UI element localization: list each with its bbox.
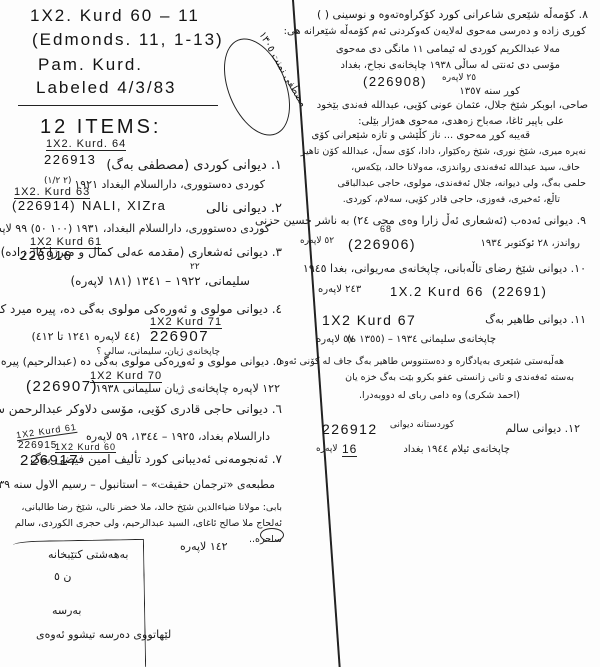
- entry11-pub: چاپخانەی سلیمانی ١٩٣٤ – (١٣٥٥ ه): [347, 334, 496, 345]
- entry8-body-8: نەیرە میری، شێخ نوری، شێخ رەکێوار، دادا،…: [301, 146, 586, 157]
- entry8-body-7: قەیبە کوڕ مەحوی ... ناز کڵێشی و تازە شێع…: [312, 130, 531, 141]
- entry8-body-4: کوڕ سنە ١٣٥٧: [459, 86, 520, 97]
- entry10-title: ١٠. دیوانی شێخ رضای تاڵەبانی، چاپخانەی م…: [303, 262, 586, 275]
- entry11-title: ١١. دیوانی طاهیر بەگ: [485, 313, 586, 326]
- entry7-pages: ١٤٢ لاپەرە: [180, 540, 228, 553]
- entry11-pages: ٥٧ لاپەرە: [316, 334, 354, 345]
- entry1-title: ١. دیوانی کوردی (مصطفی بەگ): [106, 158, 282, 173]
- entry4-title: ٤. دیوانی مولوی و ئەورەکی مولوی بەگی دە،…: [0, 302, 282, 316]
- entry3-pub: سلیمانی، ١٩٢٢ – ١٣٤١ (١٨١ لاپەرە): [70, 274, 250, 288]
- entry12-pub: چاپخانەی ئیلام ١٩٤٤ بغداد: [403, 444, 510, 455]
- entry9-title: ٩. دیوانی ئەدەب (ئەشعاری ئەڵ زارا وەی مج…: [255, 214, 586, 227]
- entry8-title: ٨. کۆمەڵە شێعری شاعرانی کورد کۆکراوەتەوە…: [317, 8, 588, 21]
- entry8-body-6: علی باپیر ئاغا، صەباح زەهدی، مەحوی هەژار…: [358, 116, 564, 127]
- entry5-pub: ١٢٢ لاپەرە چاپخانەی ژیان سلیمانی ١٩٣٨: [96, 382, 280, 395]
- box-note-line3: بەرسە: [52, 604, 81, 617]
- entry8-body-11: تاڵع، ئەخیری، فەوزی، حاجی قادر کۆیی، سەل…: [343, 194, 560, 205]
- entry1-shelfmark: 1X2. Kurd. 64: [46, 138, 126, 151]
- entry2-shelfmark-note: (٢ ١/٢): [44, 176, 71, 186]
- entry6-title: ٦. دیوانی حاجی قادری کۆیی، مۆسی دلاوکر ع…: [0, 402, 282, 416]
- header-edmonds-ref: (Edmonds. 11, 1-13): [32, 30, 224, 50]
- entry12-pages-number: 16: [342, 442, 357, 457]
- entry7-pub: مطبعەی «ترجمان حقیقت» – استانبول – رسیم …: [0, 478, 275, 491]
- entry10-pages: ٢٤٣ لاپەرە: [318, 284, 361, 295]
- entry8-body-2: مەلا عبدالکریم کوردی لە ئیمامی ١١ مانگی …: [336, 44, 560, 55]
- entry2-pub2: کوردی دەستووری، دارالسلام البغداد، ١٩٣١ …: [0, 222, 270, 235]
- entry9-pages: ٥٢ لاپەرە: [300, 236, 334, 246]
- entry4-accession: 226907: [150, 328, 209, 345]
- entry12-title: ١٢. دیوانی سالم: [506, 422, 581, 435]
- entry8-pages: ٢٥ لاپەرە: [442, 73, 476, 83]
- entry3-title: ٣. دیوانی ئەشعاری (مقدمە عەلی کمال و میر…: [1, 245, 282, 259]
- entry2-latin-name: NALI, XIZra: [82, 198, 166, 213]
- entry8-accession: (226908): [363, 74, 427, 89]
- entry11-shelfmark: 1X2 Kurd 67: [322, 312, 416, 328]
- entry6-accession: 226915: [18, 440, 57, 451]
- entry9-accession-note: 68: [380, 224, 392, 234]
- box-note-line2: ن ٥: [54, 570, 72, 583]
- entry12-subtitle: کوردستانە دیوانی: [390, 420, 454, 430]
- entry1-accession: 226913: [44, 152, 96, 167]
- box-note-line1: بەهەشتی کتێبخانە: [48, 548, 128, 561]
- entry12-pages-label: لاپەرە: [316, 444, 338, 454]
- entry5-title: ٥. دیوانی مولوی و ئەوڕەکی مولوی بەگی دە …: [0, 355, 282, 368]
- entry4-pub: (٤٤ لاپەرە ١٢٤١ تا ٤١٢): [31, 330, 140, 343]
- entry9-accession: (226906): [348, 236, 416, 252]
- entry7-title: ٧. ئەنجومەنی ئەدیبانی کورد تألیف امین فی…: [30, 452, 282, 466]
- document-page: 1X2. Kurd 60 – 11 (Edmonds. 11, 1-13) Pa…: [0, 0, 600, 667]
- entry6-shelfmark: 1X2 Kurd 61: [16, 422, 78, 441]
- entry8-body-9: حاف، سید عبداللە ئەفەندی رواندزی، مەولان…: [351, 162, 580, 173]
- entry8-body-5: صاحی، ابوبکر شێخ جلال، عثمان عونی کۆیی، …: [317, 100, 588, 111]
- entry10-accession: (22691): [492, 284, 547, 299]
- entry2-accession: (226914): [12, 198, 76, 213]
- header-shelfmark: 1X2. Kurd 60 – 11: [30, 6, 200, 26]
- entry10-shelfmark: 1X.2 Kurd 66: [390, 284, 484, 299]
- entry11-body-1: هەڵبەستی شێعری بەیادگارە و دەستنووس طاهی…: [279, 356, 564, 367]
- header-labeled-date: Labeled 4/3/83: [36, 78, 177, 98]
- entry8-body-10: حلمی بەگ، ولی دیوانە، جلال ئەفەندی، مولو…: [337, 178, 586, 189]
- entry8-body-3: مۆسی دی ئەنتی لە ساڵی ١٩٣٨ چاپخانەی نجاح…: [341, 60, 560, 71]
- header-underline: [18, 105, 218, 106]
- entry11-body-2: بەستە ئەفەندی و تانی زانستی عفو بکرو بێت…: [345, 372, 574, 383]
- entry8-body-1: کوڕی زادە و دەرسی مەحوی لەلایەن کەوکردنی…: [284, 26, 586, 37]
- entry12-accession: 226912: [322, 421, 378, 437]
- scribble-mark: [260, 528, 284, 542]
- entry11-body-3: (احمد شکری) وە دامی ربای لە دووبەدرا.: [359, 390, 520, 401]
- entry5-accession: (226907): [26, 378, 98, 395]
- box-note-line4: لێهاتووی دەرسە تیشوو ئەوەی: [36, 628, 171, 641]
- entry9-pub: رواندز، ٢٨ ئوکتوبر ١٩٣٤: [480, 238, 580, 249]
- entry3-note: ٢٢: [190, 262, 200, 272]
- entry2-pub: کوردی دەستووری، دارالسلام البغداد ١٩٢١: [74, 178, 265, 191]
- items-heading: 12 ITEMS:: [40, 116, 161, 139]
- header-pam-kurd: Pam. Kurd.: [38, 55, 143, 75]
